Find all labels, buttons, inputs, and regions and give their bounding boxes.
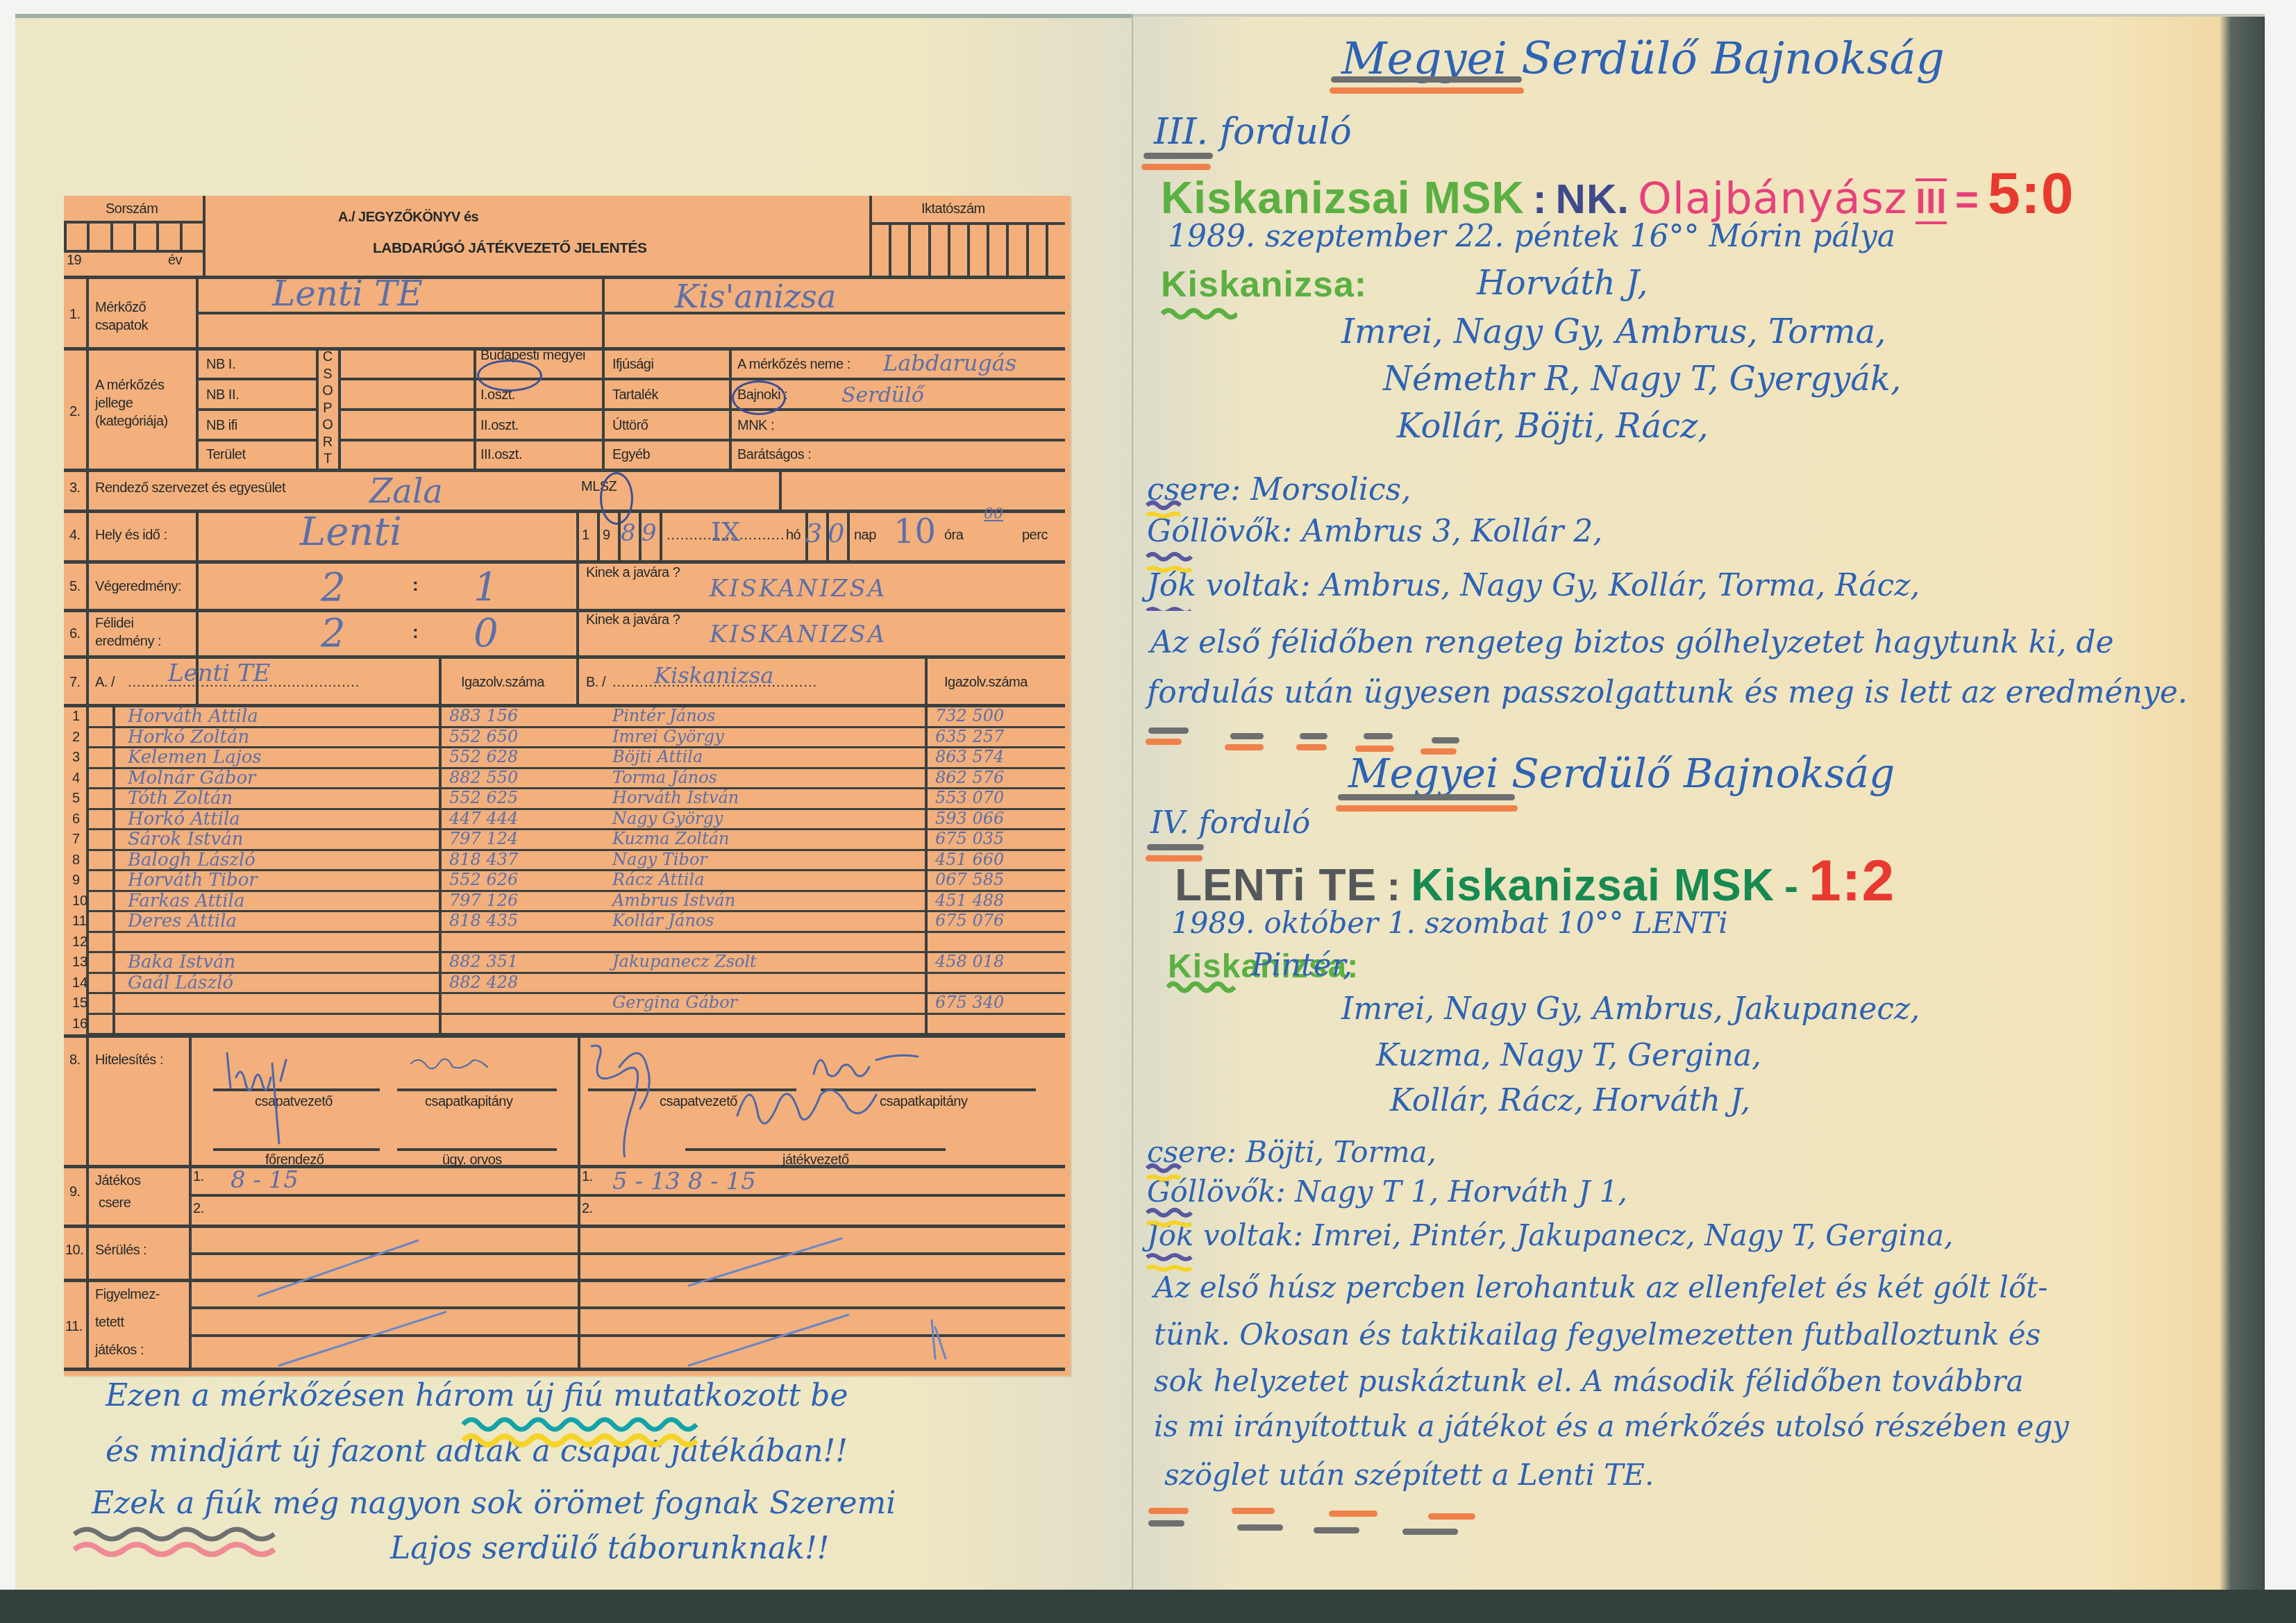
round4-match-header: LENTi TE : Kiskanizsai MSK - 1:2	[1175, 847, 1895, 914]
round4-lineup-2: Imrei, Nagy Gy, Ambrus, Jakupanecz,	[1341, 991, 1920, 1027]
round4-good-players: Jók voltak: Imrei, Pintér, Jakupanecz, N…	[1147, 1218, 1953, 1252]
roster-b-id: 732 500	[935, 706, 1004, 725]
round4-team-wave	[1166, 980, 1236, 994]
circle-mlsz	[600, 472, 633, 525]
divider-gray	[1364, 733, 1393, 739]
warned-label-2: tetett	[95, 1315, 124, 1331]
roster-row-number: 12	[72, 934, 87, 950]
circle-bajnoki	[732, 380, 786, 415]
divider-orange	[1428, 1513, 1475, 1520]
round4-report-1: Az első húsz percben lerohantuk az ellen…	[1154, 1270, 2047, 1304]
title-underline-orange	[1336, 805, 1518, 811]
final-winner-label: Kinek a javára ?	[586, 565, 680, 581]
place-value: Lenti	[300, 510, 402, 555]
halftime-label: Félidei	[95, 616, 133, 632]
roster-row-number: 7	[72, 832, 80, 848]
year-digit-1: 1	[582, 528, 589, 544]
round4-scorers: Góllövők: Nagy T 1, Horváth J 1,	[1147, 1175, 1627, 1209]
round3-match-header: Kiskanizsai MSK : NK. Olajbányász III = …	[1161, 160, 2074, 215]
roster-a-id: 882 550	[449, 768, 518, 787]
section-7-number: 7.	[69, 675, 81, 691]
section-2-label-2: jellege	[95, 396, 133, 412]
roster-a-player: Deres Attila	[128, 911, 237, 932]
note-line-3: Ezek a fiúk még nagyon sok örömet fognak…	[92, 1486, 896, 1521]
roster-b-player: Torma János	[612, 768, 717, 787]
year-digit-3: 8	[621, 519, 636, 547]
section-1-number: 1.	[69, 307, 81, 323]
round3-lineup-2: Imrei, Nagy Gy, Ambrus, Torma,	[1341, 312, 1886, 351]
round4-report-5: szöglet után szépített a Lenti TE.	[1164, 1458, 1654, 1492]
form-title-line1: A./ JEGYZŐKÖNYV és	[338, 210, 478, 226]
match-type-label: A mérkőzés neme :	[737, 357, 850, 373]
roster-b-id: 863 574	[935, 747, 1004, 766]
roster-b-player: Nagy György	[612, 809, 723, 828]
roster-b-id-header: Igazolv.száma	[944, 675, 1028, 691]
divider-orange	[1146, 739, 1182, 745]
hour-label: óra	[944, 528, 963, 544]
roster-a-player: Tóth Zoltán	[128, 788, 233, 809]
divider-orange	[1232, 1508, 1275, 1514]
roster-row-number: 3	[72, 750, 80, 766]
section-4-label: Hely és idő :	[95, 528, 167, 544]
round3-eq: =	[1955, 176, 1979, 223]
halftime-label-2: eredmény :	[95, 634, 161, 650]
roster-a-prefix: A. /	[95, 675, 115, 691]
table-row: 14Gaál László882 428	[64, 974, 1071, 996]
csoport-letter: O	[319, 382, 337, 400]
roster-a-player: Balogh László	[128, 850, 255, 871]
section-2-number: 2.	[69, 404, 81, 420]
roster-b-player: Jakupanecz Zsolt	[612, 952, 757, 971]
csoport-letter: S	[319, 366, 337, 383]
round3-lineup-1: Horváth J,	[1477, 264, 1648, 303]
round4-lineup-4: Kollár, Rácz, Horváth J,	[1390, 1083, 1750, 1118]
section-8-number: 8.	[69, 1052, 81, 1068]
section-11-number: 11.	[65, 1319, 83, 1335]
divider-gray	[1230, 733, 1264, 739]
final-score-sep: :	[412, 575, 418, 596]
category-nb2: NB II.	[206, 387, 239, 403]
round4-sep: :	[1386, 862, 1401, 910]
wavy-underline-teal-yellow	[460, 1416, 710, 1451]
round3-team-label: Kiskanizsa:	[1161, 264, 1367, 305]
roster-b-id: 635 257	[935, 727, 1004, 746]
filing-number-boxes	[869, 222, 1065, 278]
roster-b-team: Kiskanizsa	[654, 662, 773, 689]
round4-home-team: LENTi TE	[1175, 859, 1377, 911]
section-1-label-2: csapatok	[95, 318, 148, 334]
round3-home-team: Kiskanizsai MSK	[1161, 172, 1525, 224]
day-value: 30	[805, 518, 850, 548]
roster-a-id: 882 428	[449, 973, 518, 992]
roster-b-id: 458 018	[935, 952, 1004, 971]
roster-a-id: 882 351	[449, 952, 518, 971]
roster-row-number: 10	[72, 893, 87, 909]
divider-gray	[1300, 733, 1327, 739]
roster-a-id: 818 435	[449, 911, 518, 930]
note-line-1: Ezen a mérkőzésen három új fiú mutatkozo…	[106, 1378, 848, 1413]
team-a-name: Lenti TE	[272, 274, 423, 314]
roster-a-player: Kelemen Lajos	[128, 747, 262, 768]
divider-orange	[1296, 744, 1327, 750]
roster-row-number: 9	[72, 873, 80, 889]
category-uttoro: Úttörő	[612, 418, 648, 434]
sub-b-line1: 1.	[582, 1169, 593, 1185]
round3-lineup-3: Némethr R, Nagy T, Gyergyák,	[1383, 360, 1901, 398]
round3-underline-gray	[1143, 153, 1213, 159]
final-result-label: Végeredmény:	[95, 579, 181, 595]
csoport-letter: O	[319, 417, 337, 434]
csoport-letter: R	[319, 434, 337, 451]
roster-row-number: 15	[72, 995, 87, 1011]
category-nb1: NB I.	[206, 357, 235, 373]
form-title-line2: LABDARÚGÓ JÁTÉKVEZETŐ JELENTÉS	[373, 240, 647, 257]
round3-away-team: Olajbányász	[1638, 173, 1907, 224]
section-3-label: Rendező szervezet és egyesület	[95, 480, 285, 496]
roster-b-id: 067 585	[935, 870, 1004, 889]
divider-orange	[1148, 1508, 1189, 1514]
sub-a-line2: 2.	[193, 1201, 204, 1217]
roster-row-number: 16	[72, 1016, 87, 1032]
note-line-4: Lajos serdülő táborunknak!!	[390, 1531, 829, 1566]
roster-row-number: 14	[72, 975, 87, 991]
round3-team-wave	[1161, 307, 1237, 321]
roster-b-id: 675 340	[935, 993, 1004, 1012]
divider-gray	[1314, 1527, 1359, 1533]
roster-b-id: 593 066	[935, 809, 1004, 828]
round4-score: 1:2	[1809, 847, 1895, 914]
sub-b-value1: 5 - 13 8 - 15	[612, 1168, 756, 1195]
table-row: 11Deres Attila818 435Kollár János675 076	[64, 912, 1071, 934]
roster-a-player: Sárok István	[128, 829, 243, 850]
mnk-label: MNK :	[737, 418, 774, 434]
serial-label: Sorszám	[106, 201, 158, 217]
roster-a-player: Horkó Zoltán	[128, 727, 249, 748]
section-6-number: 6.	[69, 626, 81, 642]
roster-b-id: 553 070	[935, 788, 1004, 807]
section-10-number: 10.	[65, 1243, 83, 1259]
round3-report-1: Az első félidőben rengeteg biztos gólhel…	[1150, 625, 2114, 660]
roster-row-number: 6	[72, 811, 80, 827]
substitution-label-2: csere	[99, 1195, 131, 1211]
divider-gray	[1148, 1520, 1184, 1527]
wavy-underline-gray-pink	[71, 1526, 300, 1561]
halftime-winner-label: Kinek a javára ?	[586, 612, 680, 628]
round3-score: 5:0	[1988, 160, 2074, 227]
title-underline-gray	[1338, 794, 1515, 800]
roster-b-player: Nagy Tibor	[612, 850, 707, 869]
year-prefix: 19	[67, 253, 81, 269]
round4-lineup-1: Pintér,	[1251, 948, 1352, 983]
sub-a-line1: 1.	[193, 1169, 204, 1185]
match-type-value: Labdarugás	[883, 350, 1016, 376]
round4-details: 1989. október 1. szombat 10°° LENTi	[1171, 906, 1728, 940]
roster-row-number: 8	[72, 852, 80, 868]
round3-stat-waves	[1146, 500, 1201, 611]
roster-a-id: 818 437	[449, 850, 518, 869]
month-label: hó	[786, 528, 801, 544]
roster-a-id: 552 650	[449, 727, 518, 746]
circle-megyei	[477, 360, 542, 392]
round3-away-prefix: NK.	[1556, 175, 1629, 223]
roster-b-player: Imrei György	[612, 727, 724, 746]
warned-label-3: játékos :	[95, 1343, 144, 1359]
roster-b-player: Kuzma Zoltán	[612, 829, 729, 848]
section-3-number: 3.	[69, 480, 81, 496]
round3-report-2: fordulás után ügyesen passzolgattunk és …	[1147, 675, 2188, 710]
section-1-label: Mérkőző	[95, 300, 146, 316]
roster-a-player: Baka István	[128, 952, 235, 973]
roster-a-player: Horkó Attila	[128, 809, 240, 830]
halftime-score-sep: :	[412, 622, 418, 643]
halftime-winner-value: KISKANIZSA	[710, 621, 887, 648]
roster-a-player: Farkas Attila	[128, 891, 244, 911]
round3-sep: :	[1533, 175, 1548, 223]
league-title-2: Megyei Serdülő Bajnokság	[1348, 750, 1895, 797]
authentication-label: Hitelesítés :	[95, 1052, 163, 1068]
round4-report-3: sok helyzetet puskáztunk el. A második f…	[1154, 1364, 2023, 1398]
divider-orange	[1225, 744, 1264, 750]
csoport-letter: C	[319, 348, 337, 366]
roster-a-id-header: Igazolv.száma	[461, 675, 544, 691]
table-row: 15Gergina Gábor675 340	[64, 994, 1071, 1016]
roster-row-number: 5	[72, 791, 80, 807]
roster-b-player: Kollár János	[612, 911, 714, 930]
round4-label: IV. forduló	[1150, 805, 1310, 841]
roster-a-player: Molnár Gábor	[128, 768, 256, 789]
roster-b-id: 451 488	[935, 891, 1004, 910]
roster-a-player: Horváth Attila	[128, 706, 258, 727]
roster-a-id: 883 156	[449, 706, 518, 725]
hour-value: 10	[894, 512, 936, 551]
roster-b-prefix: B. /	[586, 675, 605, 691]
roster-b-id: 862 576	[935, 768, 1004, 787]
roster-a-id: 552 626	[449, 870, 518, 889]
championship-value: Serdülő	[841, 383, 924, 407]
minute-value: 00	[984, 505, 1003, 523]
roster-b-player: Pintér János	[612, 706, 715, 725]
final-winner-value: KISKANIZSA	[710, 575, 887, 603]
month-value: IX	[711, 516, 740, 547]
roster-a-player: Gaál László	[128, 973, 233, 993]
table-row: 16	[64, 1015, 1071, 1037]
section-2-label: A mérkőzés	[95, 378, 164, 394]
serial-number-boxes	[64, 221, 203, 253]
halftime-away-score: 0	[474, 611, 498, 656]
roster-a-id: 797 124	[449, 829, 518, 848]
roster-a-id: 552 628	[449, 747, 518, 766]
roster-a-id: 797 126	[449, 891, 518, 910]
roster-row-number: 1	[72, 709, 80, 725]
year-digit-4: 9	[642, 519, 657, 547]
sub-b-line2: 2.	[582, 1201, 593, 1217]
divider-gray	[1148, 728, 1189, 734]
round3-scorers: Góllövők: Ambrus 3, Kollár 2,	[1147, 514, 1602, 549]
section-4-number: 4.	[69, 528, 81, 544]
round3-label: III. forduló	[1154, 111, 1352, 153]
roster-b-id: 451 660	[935, 850, 1004, 869]
scan-background	[0, 1590, 2296, 1623]
roster-b-player: Böjti Attila	[612, 747, 703, 766]
filing-number-label: Iktatószám	[921, 201, 985, 217]
csoport-vertical-label: CSOPORT	[319, 348, 337, 468]
section-2-label-3: (kategóriája)	[95, 414, 168, 430]
round3-lineup-4: Kollár, Böjti, Rácz,	[1397, 407, 1708, 446]
roster-row-number: 13	[72, 955, 87, 970]
round4-away-team: Kiskanizsai MSK	[1411, 859, 1775, 911]
round4-stat-waves	[1146, 1163, 1201, 1274]
halftime-home-score: 2	[321, 611, 346, 656]
roster-row-number: 11	[72, 914, 87, 930]
category-ifjusagi: Ifjúsági	[612, 357, 653, 373]
minute-label: perc	[1022, 528, 1048, 544]
year-label: év	[168, 253, 182, 269]
roster-a-id: 447 444	[449, 809, 518, 828]
round4-report-4: is mi irányítottuk a játékot és a mérkőz…	[1154, 1409, 2069, 1443]
year-digit-2: 9	[603, 528, 610, 544]
round3-details: 1989. szeptember 22. péntek 16°° Mórin p…	[1168, 219, 1895, 254]
sub-a-value1: 8 - 15	[231, 1166, 299, 1194]
warned-label: Figyelmez-	[95, 1287, 160, 1303]
round4-report-2: tünk. Okosan és taktikailag fegyelmezett…	[1154, 1318, 2041, 1352]
section-5-number: 5.	[69, 579, 81, 595]
roster-row-number: 2	[72, 730, 80, 746]
divider-gray	[1402, 1529, 1458, 1535]
roster-a-id: 552 625	[449, 788, 518, 807]
roster-b-id: 675 035	[935, 829, 1004, 848]
team-b-name: Kis'anizsa	[675, 278, 836, 315]
category-tartalek: Tartalék	[612, 387, 658, 403]
friendly-label: Barátságos :	[737, 447, 811, 463]
csoport-letter: P	[319, 400, 337, 417]
organizer-value: Zala	[369, 472, 443, 511]
substitution-label: Játékos	[95, 1173, 140, 1189]
category-egyeb: Egyéb	[612, 447, 650, 463]
round3-good-players: Jók voltak: Ambrus, Nagy Gy, Kollár, Tor…	[1147, 568, 1920, 603]
final-home-score: 2	[321, 565, 346, 610]
referee-report-form: Sorszám 19 év A./ JEGYZŐKÖNYV és LABDARÚ…	[64, 196, 1071, 1376]
round4-lineup-3: Kuzma, Nagy T, Gergina,	[1376, 1038, 1761, 1073]
day-label: nap	[854, 528, 876, 544]
title-underline-orange	[1330, 87, 1524, 94]
roster-b-player: Ambrus István	[612, 891, 735, 910]
csoport-letter: T	[319, 451, 337, 468]
empty-field-slashes	[189, 1223, 1065, 1369]
divider-gray	[1432, 737, 1459, 743]
handwritten-signatures	[203, 1039, 1078, 1157]
roster-b-id: 675 076	[935, 911, 1004, 930]
title-underline-gray	[1331, 76, 1522, 83]
category-3-oszt: III.oszt.	[480, 447, 522, 463]
roster-row-number: 4	[72, 771, 80, 787]
category-terulet: Terület	[206, 447, 246, 463]
section-9-number: 9.	[69, 1184, 81, 1200]
divider-gray	[1237, 1524, 1283, 1531]
roster-a-team: Lenti TE	[168, 659, 270, 687]
roster-b-player: Gergina Gábor	[612, 993, 737, 1012]
injury-label: Sérülés :	[95, 1243, 146, 1259]
round3-away-suffix: III	[1916, 178, 1947, 224]
roster-a-player: Horváth Tibor	[128, 870, 258, 891]
round4-dash: -	[1784, 862, 1799, 910]
category-2-oszt: II.oszt.	[480, 418, 519, 434]
notebook-spread: Sorszám 19 év A./ JEGYZŐKÖNYV és LABDARÚ…	[15, 14, 2265, 1611]
final-away-score: 1	[474, 565, 498, 610]
roster-b-player: Rácz Attila	[612, 870, 705, 889]
category-nb-ifi: NB ifi	[206, 418, 237, 434]
roster-b-player: Horváth István	[612, 788, 739, 807]
divider-orange	[1329, 1511, 1377, 1517]
